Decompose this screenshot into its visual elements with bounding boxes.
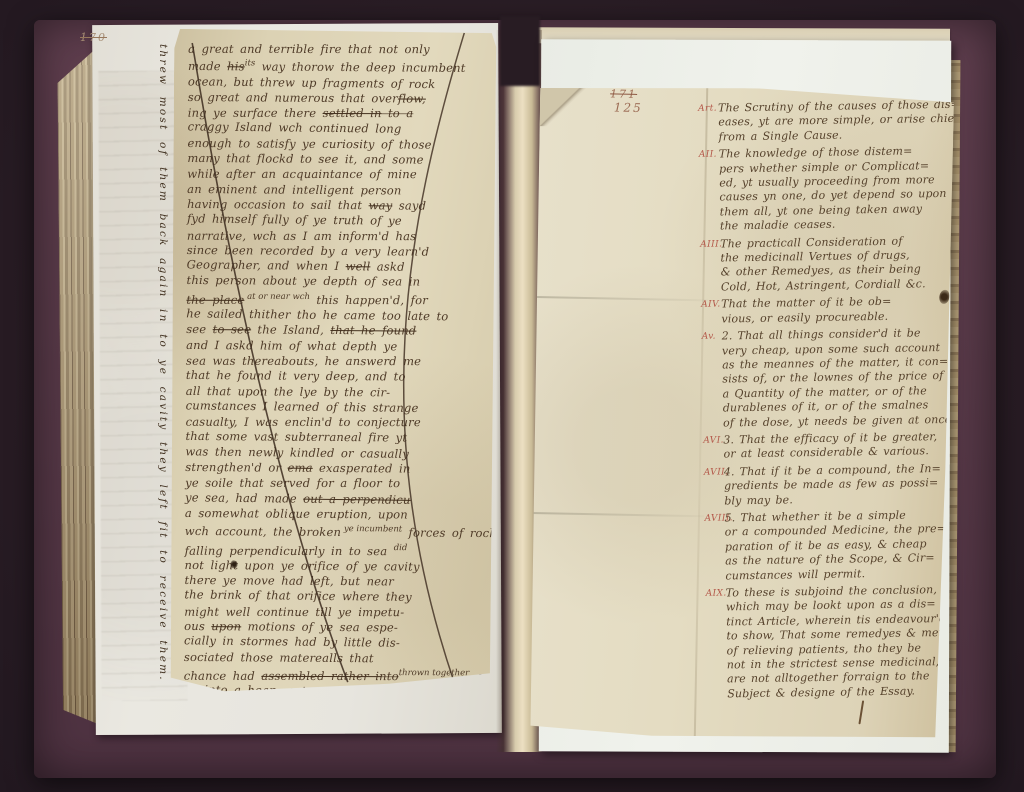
- struck-text: his: [227, 60, 245, 74]
- entry-label: Av.: [702, 332, 716, 342]
- manuscript-line: sociated those materealls that: [184, 650, 484, 667]
- text: so great and numerous that over: [188, 90, 398, 105]
- text: sociated those materealls that: [184, 650, 374, 665]
- manuscript-line: many that flockd to see it, and some: [187, 151, 487, 168]
- article-entry: AIX.To these is subjoind the conclusion,…: [726, 583, 964, 702]
- inserted-text: its: [245, 59, 256, 69]
- ink-blot: [231, 560, 238, 568]
- text: an eminent and intelligent person: [187, 182, 401, 197]
- text: since been recorded by a very learn'd: [187, 243, 430, 259]
- manuscript-line: from a Single Cause.: [718, 127, 954, 145]
- text: way thorow the deep incumbent: [255, 60, 465, 75]
- manuscript-line: vious, or easily procureable.: [721, 308, 957, 326]
- manuscript-line: or at least considerable & various.: [723, 444, 959, 462]
- manuscript-line: Cold, Hot, Astringent, Cordiall &c.: [721, 277, 957, 295]
- manuscript-line: narrative, wch as I am inform'd has: [187, 228, 487, 244]
- right-manuscript-leaf: 171 125 Art.The Scrutiny of the causes o…: [528, 84, 954, 744]
- text: strengthen'd or: [185, 460, 287, 475]
- text: the brink of that orifice where they: [184, 588, 412, 605]
- text: many that flockd to see it, and some: [187, 151, 423, 167]
- article-entry: AVI.3. That the efficacy of it be greate…: [723, 430, 959, 463]
- text: see: [186, 322, 213, 336]
- left-text-block: a great and terrible fire that not onlym…: [184, 41, 489, 701]
- article-entry: AII.The knowledge of those distem=pers w…: [719, 144, 956, 234]
- manuscript-line: bly may be.: [724, 490, 960, 508]
- struck-text: settled in to a: [323, 106, 414, 120]
- left-page-number: 170: [80, 32, 107, 44]
- text: all that upon the lye by the cir-: [186, 384, 391, 399]
- inserted-text: at or near wch: [244, 292, 310, 302]
- text: casualty, I was enclin'd to conjecture: [186, 415, 421, 429]
- entry-label: AII.: [699, 150, 717, 160]
- text: forces of rock: [402, 526, 496, 541]
- article-entry: AIII.The practicall Consideration ofthe …: [720, 233, 957, 294]
- manuscript-line: wch account, the broken ye incumbent for…: [185, 521, 485, 541]
- text: a somewhat oblique eruption, upon: [185, 506, 408, 522]
- manuscript-line: the brink of that orifice where they: [184, 588, 484, 607]
- entry-label: AIV.: [701, 300, 721, 310]
- left-marginal-note: threw most of them back again in to ye c…: [156, 44, 169, 744]
- manuscript-line: might well continue till ye impetu-: [184, 604, 484, 620]
- text: was then newly kindled or casually: [185, 444, 409, 461]
- inserted-text: ye incumbent: [341, 524, 402, 534]
- text: and I askd him of what depth ye: [186, 338, 397, 353]
- text: fyd himself fully of ye truth of ye: [187, 212, 402, 228]
- text: wch account, the broken: [185, 524, 341, 539]
- text: ye soile that served for a floor to: [185, 476, 400, 490]
- manuscript-line: a great and terrible fire that not only: [188, 42, 488, 58]
- entry-label: AIII.: [700, 239, 722, 249]
- manuscript-line: so great and numerous that overflow,: [188, 90, 488, 107]
- text: craggy Island wch continued long: [188, 120, 402, 136]
- manuscript-line: strengthen'd or ema exasperated in: [185, 460, 485, 477]
- text: he sailed thither tho he came too late t…: [186, 306, 448, 323]
- text: ing ye surface there: [188, 106, 323, 120]
- struck-text: that he found: [330, 323, 416, 338]
- article-entry: Av.2. That all things consider'd it beve…: [722, 326, 960, 431]
- text: the Island,: [251, 323, 330, 338]
- text: motions of ye sea espe-: [241, 619, 398, 634]
- text: sea was thereabouts, he answerd me: [186, 354, 421, 368]
- text: not light upon ye orifice of ye cavity: [185, 558, 420, 574]
- manuscript-line: this person about ye depth of sea in: [187, 273, 487, 290]
- text: sayd: [392, 198, 426, 212]
- manuscript-line: while after an acquaintance of mine: [187, 167, 487, 183]
- right-text-block: Art.The Scrutiny of the causes of those …: [718, 98, 963, 705]
- text: that some vast subterraneal fire yt: [185, 429, 407, 445]
- open-manuscript-book-photo: 170 threw most of them back again in to …: [0, 0, 1024, 792]
- text: this happen'd, for: [310, 293, 428, 307]
- struck-text: ema: [288, 461, 313, 475]
- text: while after an acquaintance of mine: [187, 167, 417, 181]
- manuscript-line: the place at or near wch this happen'd, …: [186, 290, 486, 309]
- text: might well continue till ye impetu-: [184, 604, 404, 618]
- gutter-shadow: [500, 16, 540, 86]
- manuscript-line: cumstances will permit.: [725, 565, 961, 583]
- corner-fold: [539, 84, 588, 127]
- manuscript-line: fyd himself fully of ye truth of ye: [187, 212, 487, 231]
- manuscript-line: ye soile that served for a floor to: [185, 476, 485, 492]
- entry-label: Art.: [698, 104, 717, 114]
- struck-text: assembled rather into: [261, 669, 398, 683]
- text: falling perpendicularly in to sea: [185, 543, 394, 557]
- text: ous: [184, 619, 211, 633]
- vertical-fold-crease: [694, 87, 709, 739]
- text: ye sea, had made: [185, 490, 303, 505]
- text: exasperated in: [313, 461, 411, 476]
- struck-text: well: [346, 259, 371, 273]
- right-page-number: 125: [614, 102, 643, 116]
- manuscript-line: the maladie ceases.: [720, 216, 956, 234]
- struck-text: out a perpendicu: [303, 491, 411, 506]
- entry-label: AVI.: [703, 435, 724, 445]
- text: there ye move had left, but near: [184, 573, 394, 588]
- text: enough to satisfy ye curiosity of those: [187, 136, 431, 152]
- manuscript-line: falling perpendicularly in to sea did: [185, 540, 485, 559]
- text: a great and terrible fire that not only: [188, 42, 430, 56]
- struck-text: flow,: [398, 91, 426, 105]
- text: narrative, wch as I am inform'd has: [187, 228, 416, 242]
- pen-mark: [858, 700, 864, 724]
- article-entry: Art.The Scrutiny of the causes of those …: [718, 98, 955, 145]
- manuscript-line: casualty, I was enclin'd to conjecture: [186, 415, 486, 431]
- text: chance had: [184, 669, 262, 683]
- article-entry: AVIII.5. That whether it be a simpleor a…: [724, 508, 961, 584]
- manuscript-line: sea was thereabouts, he answerd me: [186, 354, 486, 370]
- struck-text: to see: [213, 323, 252, 337]
- article-entry: AVII.4. That if it be a compound, the In…: [724, 461, 961, 508]
- manuscript-line: made hisits way thorow the deep incumben…: [188, 56, 488, 76]
- text: Geographer, and when I: [187, 257, 346, 273]
- struck-text: way: [369, 198, 393, 212]
- manuscript-line: of the dose, yt needs be given at once: [723, 412, 959, 430]
- text: that he found it very deep, and to: [186, 368, 406, 384]
- text: having occasion to sail that: [187, 197, 369, 212]
- horizontal-crease: [532, 512, 704, 517]
- text: made: [188, 59, 227, 73]
- text: this person about ye depth of sea in: [187, 273, 421, 289]
- right-page-number-struck: 171: [610, 88, 637, 101]
- text: ocean, but threw up fragments of rock: [188, 74, 436, 91]
- inserted-text: did: [394, 543, 408, 553]
- article-entry: AIV.That the matter of it be ob=vious, o…: [721, 294, 957, 327]
- text: cumstances I learned of this strange: [186, 398, 419, 415]
- manuscript-line: and I askd him of what depth ye: [186, 338, 486, 355]
- struck-text: upon: [211, 619, 241, 633]
- horizontal-crease: [536, 296, 708, 301]
- manuscript-line: Subject & designe of the Essay.: [727, 684, 963, 702]
- text: askd: [370, 260, 404, 274]
- text: cially in stormes had by little dis-: [184, 634, 400, 650]
- left-manuscript-leaf: a great and terrible fire that not onlym…: [170, 29, 497, 693]
- struck-text: the place: [186, 293, 244, 307]
- entry-label: AIX.: [706, 588, 727, 598]
